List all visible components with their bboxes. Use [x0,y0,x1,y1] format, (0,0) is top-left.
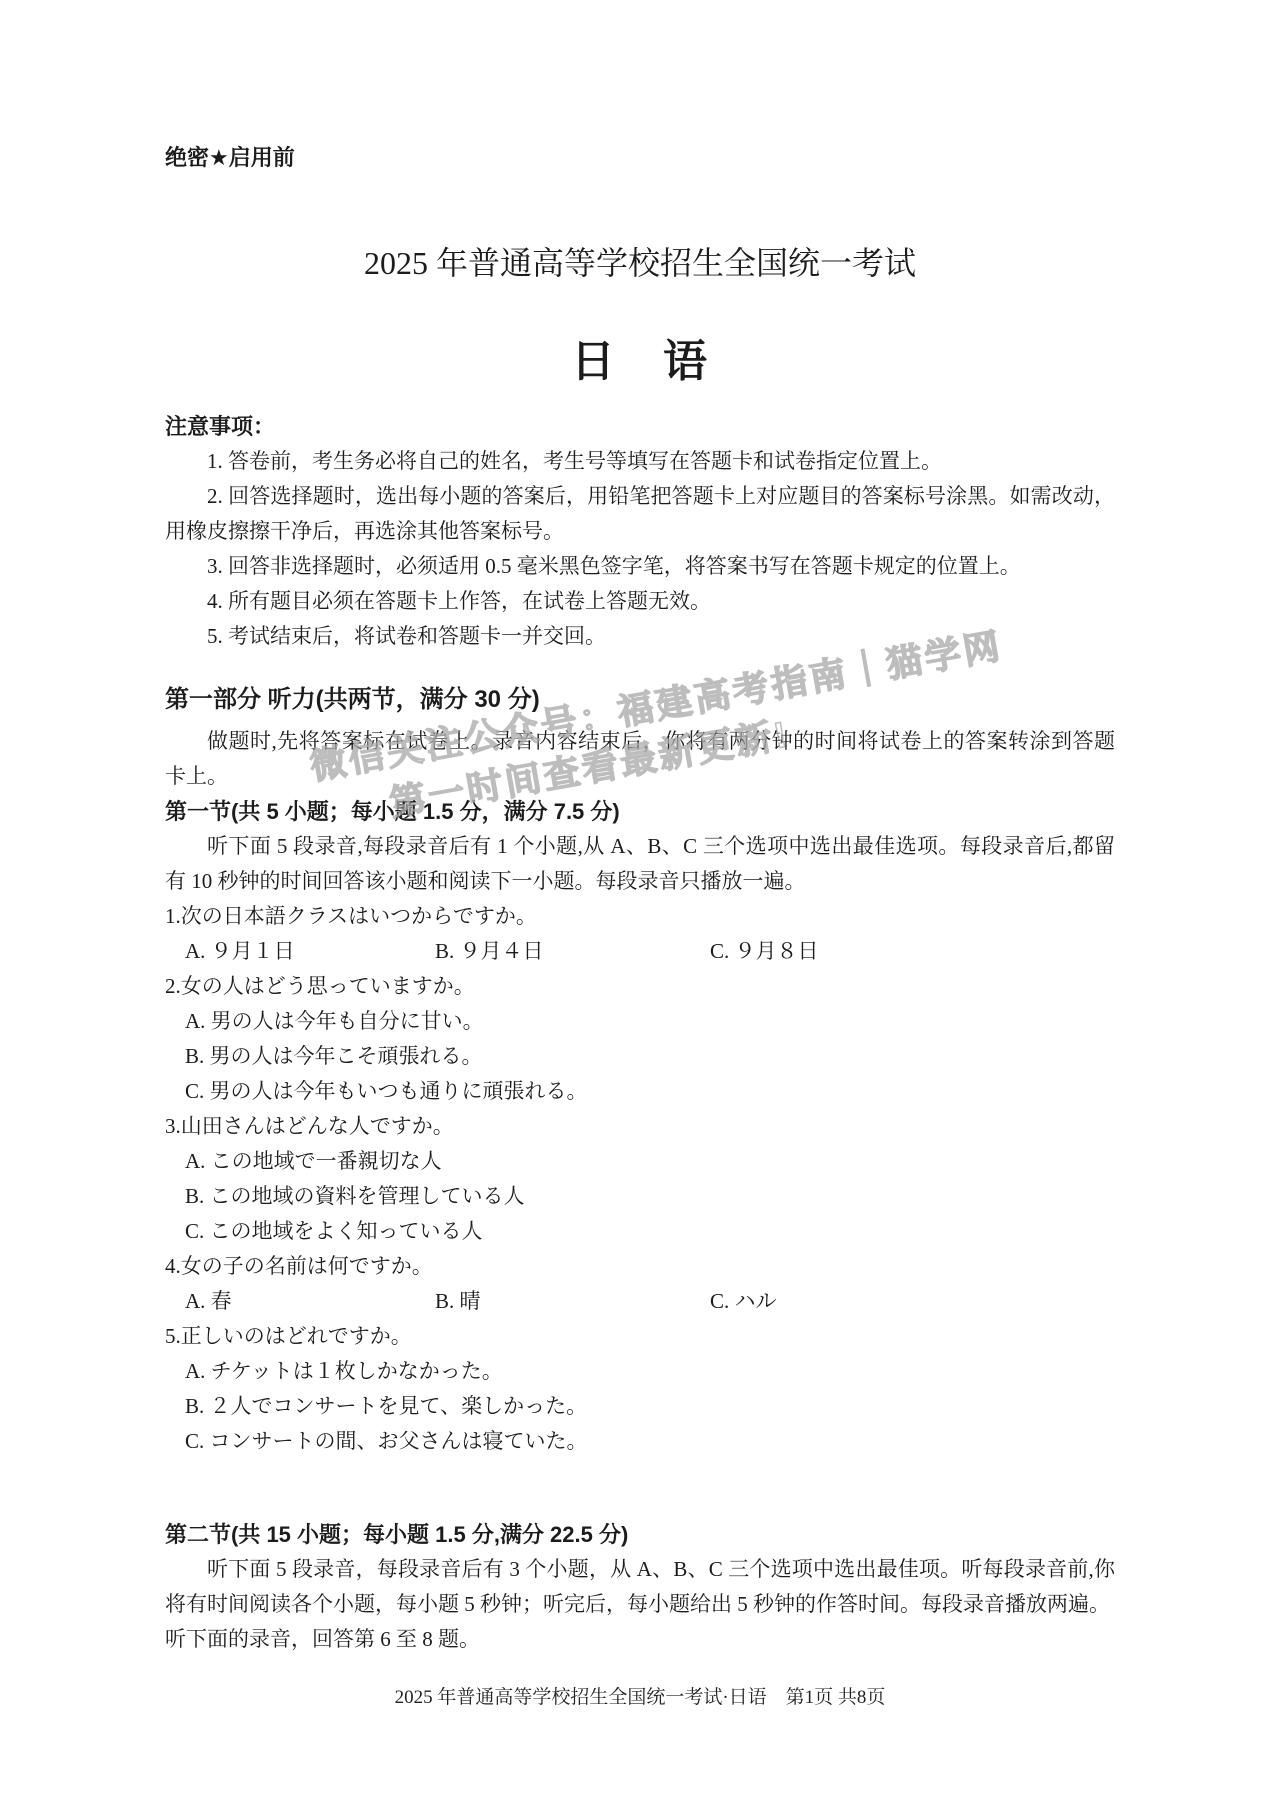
question-4-stem: 4.女の子の名前は何ですか。 [165,1249,1115,1284]
question-5-stem: 5.正しいのはどれですか。 [165,1319,1115,1354]
notice-item-3: 3. 回答非选择题时，必须适用 0.5 毫米黑色签字笔，将答案书写在答题卡规定的… [165,549,1115,584]
section1-heading: 第一节(共 5 小题；每小题 1.5 分，满分 7.5 分) [165,794,1115,829]
notice-item-4: 4. 所有题目必须在答题卡上作答，在试卷上答题无效。 [165,584,1115,619]
question-2: 2.女の人はどう思っていますか。 A. 男の人は今年も自分に甘い。 B. 男の人… [165,969,1115,1109]
question-2-option-a: A. 男の人は今年も自分に甘い。 [165,1004,1115,1039]
question-1-option-c: C. ９月８日 [710,934,819,969]
question-5-option-b: B. ２人でコンサートを見て、楽しかった。 [165,1389,1115,1424]
section2-instruction: 听下面的录音，回答第 6 至 8 题。 [165,1622,1115,1657]
subject-title: 日 语 [165,334,1115,389]
question-1-option-a: A. ９月１日 [185,934,435,969]
question-5-option-c: C. コンサートの間、お父さんは寝ていた。 [165,1424,1115,1459]
question-4-option-a: A. 春 [185,1284,435,1319]
exam-title: 2025 年普通高等学校招生全国统一考试 [165,241,1115,286]
question-3-option-b: B. この地域の資料を管理している人 [165,1179,1115,1214]
question-3: 3.山田さんはどんな人ですか。 A. この地域で一番親切な人 B. この地域の資… [165,1109,1115,1249]
part1-heading: 第一部分 听力(共两节，满分 30 分) [165,680,1115,720]
question-2-option-c: C. 男の人は今年もいつも通りに頑張れる。 [165,1074,1115,1109]
exam-paper-page: 绝密★启用前 2025 年普通高等学校招生全国统一考试 日 语 注意事项： 1.… [0,0,1280,1810]
question-3-option-c: C. この地域をよく知っている人 [165,1214,1115,1249]
question-4-option-b: B. 晴 [435,1284,710,1319]
question-4: 4.女の子の名前は何ですか。 A. 春 B. 晴 C. ハル [165,1249,1115,1319]
notice-item-2: 2. 回答选择题时，选出每小题的答案后，用铅笔把答题卡上对应题目的答案标号涂黑。… [165,479,1115,549]
section2-intro: 听下面 5 段录音，每段录音后有 3 个小题，从 A、B、C 三个选项中选出最佳… [165,1552,1115,1622]
question-2-option-b: B. 男の人は今年こそ頑張れる。 [165,1039,1115,1074]
question-3-option-a: A. この地域で一番親切な人 [165,1144,1115,1179]
notice-item-5: 5. 考试结束后，将试卷和答题卡一并交回。 [165,619,1115,654]
page-footer: 2025 年普通高等学校招生全国统一考试·日语 第1页 共8页 [0,1682,1280,1709]
section1-intro: 听下面 5 段录音,每段录音后有 1 个小题,从 A、B、C 三个选项中选出最佳… [165,829,1115,899]
question-5: 5.正しいのはどれですか。 A. チケットは１枚しかなかった。 B. ２人でコン… [165,1319,1115,1459]
question-5-option-a: A. チケットは１枚しかなかった。 [165,1354,1115,1389]
question-4-options: A. 春 B. 晴 C. ハル [165,1284,1115,1319]
question-2-stem: 2.女の人はどう思っていますか。 [165,969,1115,1004]
notices-header: 注意事项： [165,409,1115,444]
question-3-stem: 3.山田さんはどんな人ですか。 [165,1109,1115,1144]
notice-item-1: 1. 答卷前，考生务必将自己的姓名，考生号等填写在答题卡和试卷指定位置上。 [165,444,1115,479]
part1-intro: 做题时,先将答案标在试卷上。录音内容结束后，你将有两分钟的时间将试卷上的答案转涂… [165,724,1115,794]
question-4-option-c: C. ハル [710,1284,777,1319]
question-1-stem: 1.次の日本語クラスはいつからですか。 [165,899,1115,934]
classification-label: 绝密★启用前 [165,145,1115,171]
question-1-option-b: B. ９月４日 [435,934,710,969]
question-1: 1.次の日本語クラスはいつからですか。 A. ９月１日 B. ９月４日 C. ９… [165,899,1115,969]
section2-heading: 第二节(共 15 小题；每小题 1.5 分,满分 22.5 分) [165,1517,1115,1552]
question-1-options: A. ９月１日 B. ９月４日 C. ９月８日 [165,934,1115,969]
notices-section: 注意事项： 1. 答卷前，考生务必将自己的姓名，考生号等填写在答题卡和试卷指定位… [165,409,1115,654]
